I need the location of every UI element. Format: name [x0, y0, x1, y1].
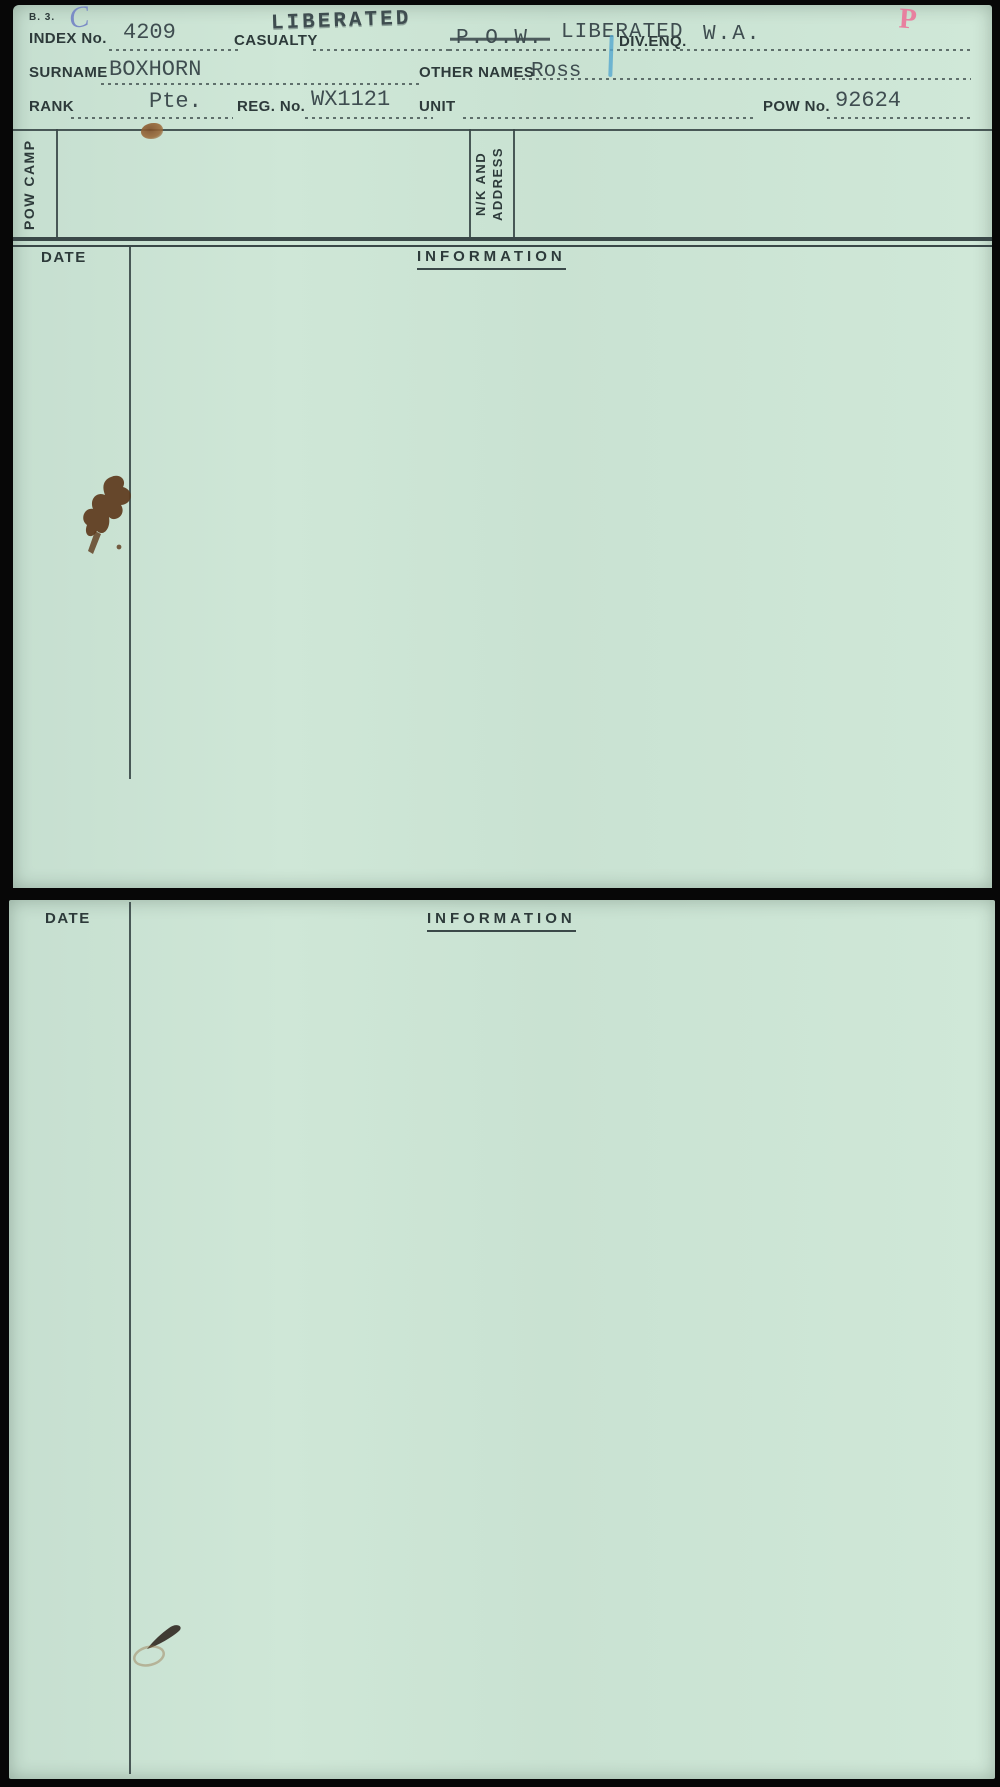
nk-address-vertical-label: N/K AND ADDRESS	[473, 133, 505, 235]
pow-card-front: B. 3. C INDEX No. 4209 CASUALTY LIBERATE…	[13, 5, 992, 888]
other-names-value: Ross	[531, 60, 581, 83]
dotted-leader	[71, 117, 233, 119]
information-column-header: INFORMATION	[417, 248, 566, 270]
nk-label-line1: N/K AND	[473, 133, 488, 235]
liberated-typed: LIBERATED	[561, 21, 683, 44]
pow-no-label: POW No.	[763, 98, 830, 115]
index-no-value: 4209	[123, 20, 176, 45]
reg-no-label: REG. No.	[237, 98, 305, 115]
red-letter-p: P	[898, 2, 918, 36]
liberated-stamp: LIBERATED	[271, 8, 412, 36]
dotted-leader	[101, 83, 423, 85]
surname-label: SURNAME	[29, 64, 108, 81]
ink-blot	[79, 471, 141, 559]
dotted-leader	[463, 117, 755, 119]
ink-smudge	[125, 1618, 191, 1674]
scanned-pow-index-card: B. 3. C INDEX No. 4209 CASUALTY LIBERATE…	[0, 0, 1000, 1787]
date-column-header: DATE	[41, 249, 87, 266]
pow-no-value: 92624	[835, 88, 901, 113]
information-column-header-back: INFORMATION	[427, 910, 576, 932]
nk-label-line2: ADDRESS	[490, 133, 505, 235]
pow-camp-vertical-label: POW CAMP	[21, 135, 37, 235]
reg-no-value: WX1121	[311, 87, 390, 112]
blue-pen-mark	[608, 35, 613, 77]
surname-value: BOXHORN	[109, 57, 201, 82]
date-column-header-back: DATE	[45, 910, 91, 927]
dotted-leader	[305, 117, 433, 119]
dotted-leader	[109, 49, 241, 51]
nk-label-divider-right	[513, 129, 515, 239]
rank-value: Pte.	[149, 89, 202, 114]
unit-label: UNIT	[419, 98, 456, 115]
camp-label-divider	[56, 129, 58, 239]
dotted-leader	[827, 117, 971, 119]
index-no-label: INDEX No.	[29, 30, 107, 47]
section-thick-rule	[13, 237, 992, 247]
dotted-leader	[313, 49, 449, 51]
rank-label: RANK	[29, 98, 74, 115]
stain-speck	[141, 123, 163, 139]
pow-status-struck: P.O.W.	[456, 27, 544, 50]
form-code: B. 3.	[29, 12, 55, 23]
div-enq-value: W.A.	[703, 23, 761, 46]
dotted-leader	[515, 78, 971, 80]
nk-label-divider-left	[469, 129, 471, 239]
pow-card-back: DATE INFORMATION	[9, 900, 995, 1779]
